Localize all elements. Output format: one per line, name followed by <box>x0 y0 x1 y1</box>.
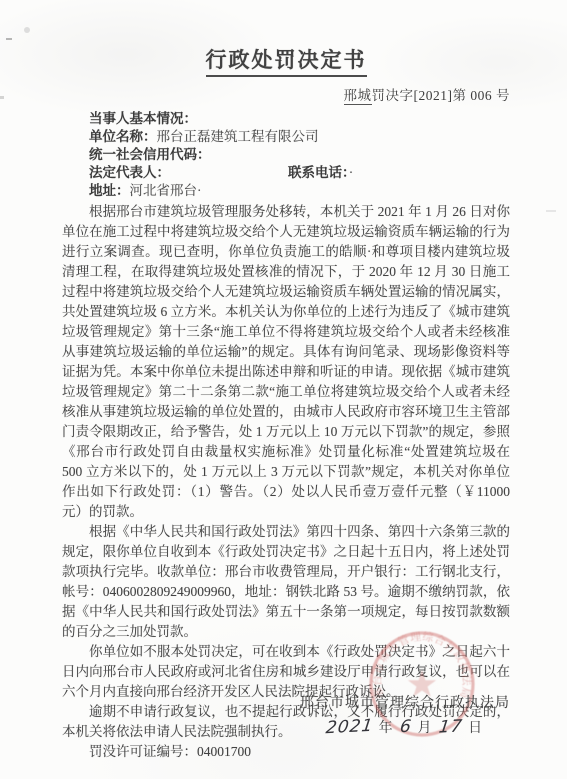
document-number: 邢城罚决字[2021]第 006 号 <box>62 84 510 104</box>
scan-artifact <box>24 27 30 33</box>
payment-instructions-paragraph: 根据《中华人民共和国行政处罚法》第四十四条、第四十六条第三款的规定，限你单位自收… <box>62 522 510 642</box>
credit-code-label: 统一社会信用代码： <box>89 147 211 162</box>
unit-name-label: 单位名称： <box>89 129 157 144</box>
basic-info-heading-label: 当事人基本情况： <box>89 111 197 126</box>
address-value: 河北省邢台· <box>130 183 202 198</box>
credit-code-line: 统一社会信用代码： <box>62 146 510 164</box>
date-year-unit: 年 <box>379 721 395 736</box>
legal-rep-label: 法定代表人： <box>89 165 170 180</box>
unit-name-line: 单位名称：邢台正磊建筑工程有限公司 <box>62 128 510 146</box>
document-page: 行政处罚决定书 邢城罚决字[2021]第 006 号 当事人基本情况： 单位名称… <box>0 0 567 779</box>
address-label: 地址： <box>89 183 130 198</box>
unit-name-value: 邢台正磊建筑工程有限公司 <box>157 129 319 144</box>
scan-artifact <box>0 96 4 99</box>
permit-number-line: 罚没许可证编号：04001700 <box>62 742 510 762</box>
basic-info-heading: 当事人基本情况： <box>62 110 510 128</box>
date-month-unit: 月 <box>417 721 433 736</box>
document-number-rest: 罚决字[2021]第 006 号 <box>372 88 511 103</box>
date-month-handwritten: 6 <box>399 717 413 738</box>
address-line: 地址：河北省邢台· <box>62 182 510 200</box>
date-day-unit: 日 <box>468 721 484 736</box>
decision-date: 2021 年 6 月 17 日 <box>300 717 510 737</box>
facts-and-penalty-paragraph: 根据邢台市建筑垃圾管理服务处移转，本机关于 2021 年 1 月 26 日对你单… <box>62 202 510 522</box>
document-content: 行政处罚决定书 邢城罚决字[2021]第 006 号 当事人基本情况： 单位名称… <box>0 0 567 762</box>
scan-artifact <box>546 210 556 212</box>
date-year-handwritten: 2021 <box>324 716 374 738</box>
phone-value: · <box>349 165 354 180</box>
signature-block: 邢台市城市管理综合行政执法局 2021 年 6 月 17 日 <box>300 692 510 737</box>
date-day-handwritten: 17 <box>438 716 464 737</box>
scan-artifact <box>6 38 12 40</box>
phone-label: 联系电话： <box>288 165 349 180</box>
document-title: 行政处罚决定书 <box>206 44 367 77</box>
document-number-prefix: 邢城 <box>344 88 372 105</box>
issuing-agency: 邢台市城市管理综合行政执法局 <box>300 692 510 712</box>
legal-rep-line: 法定代表人：联系电话：· <box>62 164 510 182</box>
